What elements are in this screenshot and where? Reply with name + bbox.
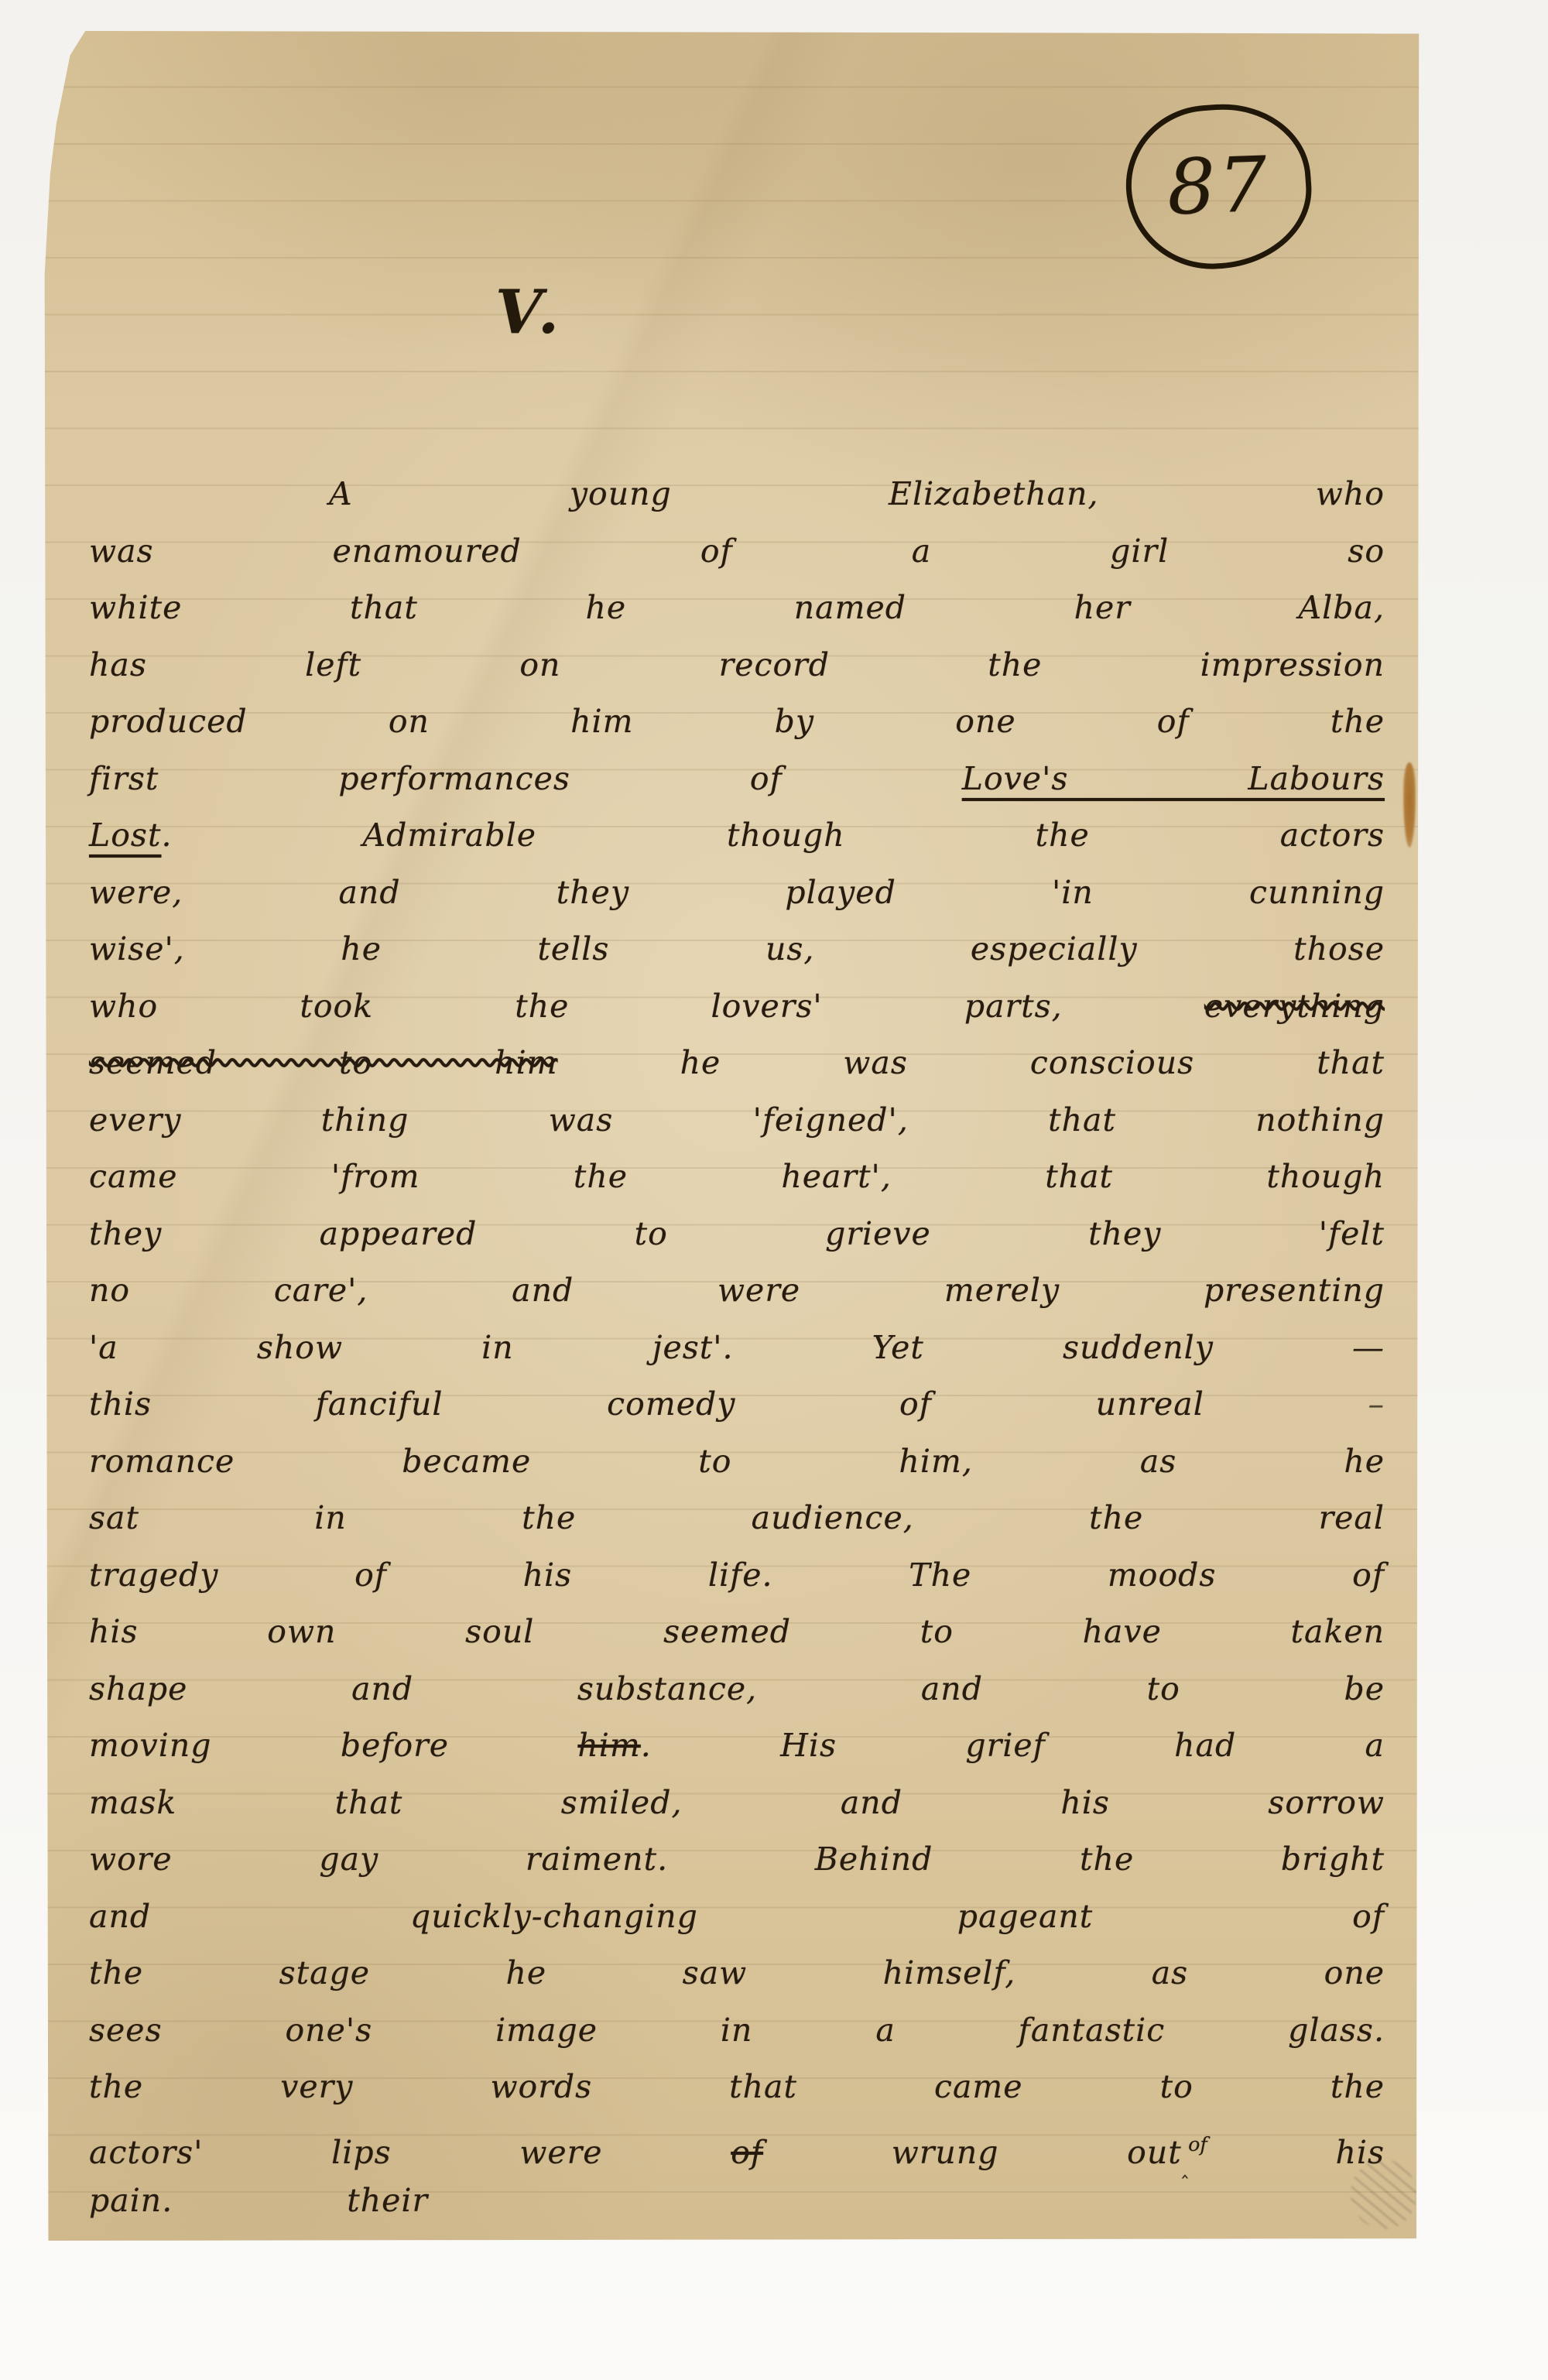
manuscript-line: came 'from the heart', that though [89,1149,1385,1207]
text-segment: has left on record the impression [89,646,1385,683]
manuscript-line: shape and substance, and to be [89,1662,1385,1719]
manuscript-line: sees one's image in a fantastic glass. [89,2003,1385,2060]
text-segment-caret: ‸ [1182,2156,1188,2179]
text-segment: no care', and were merely presenting [89,1272,1385,1309]
scan-backdrop: 87 V. A young Elizabethan, whowas enamou… [0,0,1548,2380]
text-segment-strike: of [731,2134,763,2171]
text-segment: wise', he tells us, especially those [89,930,1385,967]
manuscript-line: this fanciful comedy of unreal – [89,1377,1385,1434]
text-segment: his [1207,2134,1385,2171]
manuscript-line: every thing was 'feigned', that nothing [89,1093,1385,1150]
text-segment: pain. [89,2182,173,2219]
text-segment: tragedy of his life. The moods of [89,1556,1385,1594]
manuscript-line: sat in the audience, the real [89,1491,1385,1548]
text-segment-strike: him [577,1727,640,1764]
manuscript-line: the stage he saw himself, as one [89,1946,1385,2003]
text-segment-gap: their [347,2182,428,2219]
text-segment: . His grief had a [641,1727,1385,1764]
manuscript-line: was enamoured of a girl so [89,524,1385,581]
manuscript-line: romance became to him, as he [89,1434,1385,1491]
manuscript-line: Lost. Admirable though the actors [89,808,1385,865]
manuscript-line: 'a show in jest'. Yet suddenly — [89,1320,1385,1378]
manuscript-line: first performances of Love's Labours [89,752,1385,809]
manuscript-line: wore gay raiment. Behind the bright [89,1832,1385,1889]
text-segment: the stage he saw himself, as one [89,1954,1385,1991]
text-segment: his own soul seemed to have taken [89,1613,1385,1650]
manuscript-line: mask that smiled, and his sorrow [89,1776,1385,1833]
manuscript-line: and quickly-changing pageant of [89,1889,1385,1947]
text-segment: sat in the audience, the real [89,1499,1385,1536]
text-segment-underline: Lost [89,817,161,854]
manuscript-line: they appeared to grieve they 'felt [89,1207,1385,1264]
manuscript-line: the very words that came to the [89,2060,1385,2117]
text-segment-scribble: everything [1204,988,1385,1025]
manuscript-line: white that he named her Alba, [89,580,1385,638]
text-segment: 'a show in jest'. Yet suddenly — [89,1329,1385,1366]
text-segment: first performances of [89,760,962,797]
text-segment: actors' lips were [89,2134,731,2171]
text-segment: and quickly-changing pageant of [89,1898,1385,1935]
chapter-heading: V. [495,277,565,348]
text-segment: sees one's image in a fantastic glass. [89,2012,1385,2049]
manuscript-line: seemed to him he was conscious that [89,1036,1385,1093]
text-segment: this fanciful comedy of unreal [89,1385,1368,1423]
manuscript-line: wise', he tells us, especially those [89,922,1385,979]
text-segment: were, and they played 'in cunning [89,874,1385,911]
text-segment: the very words that came to the [89,2068,1385,2105]
manuscript-page: 87 V. A young Elizabethan, whowas enamou… [43,31,1420,2241]
manuscript-line: pain.their [89,2173,1385,2231]
text-segment: wrung out [763,2134,1182,2171]
text-segment: produced on him by one of the [89,703,1385,740]
text-segment: A young Elizabethan, who [329,475,1385,512]
manuscript-line: who took the lovers' parts, everything [89,979,1385,1036]
manuscript-line: his own soul seemed to have taken [89,1604,1385,1662]
text-segment: he was conscious that [558,1044,1385,1081]
text-segment: . Admirable though the actors [161,817,1385,854]
manuscript-line: were, and they played 'in cunning [89,865,1385,923]
manuscript-line: tragedy of his life. The moods of [89,1548,1385,1605]
manuscript-lines: A young Elizabethan, whowas enamoured of… [89,467,1385,2231]
ink-stain [1403,762,1416,848]
page-number: 87 [1166,141,1272,233]
manuscript-line: moving before him. His grief had a [89,1718,1385,1776]
text-segment: white that he named her Alba, [89,589,1385,626]
text-segment: mask that smiled, and his sorrow [89,1784,1385,1821]
manuscript-line: actors' lips were of wrung out‸of his [89,2117,1385,2174]
text-segment: romance became to him, as he [89,1443,1385,1480]
text-segment-underline: Love's Labours [962,760,1385,797]
page-number-circle: 87 [1121,98,1317,275]
text-segment: moving before [89,1727,577,1764]
text-segment: they appeared to grieve they 'felt [89,1215,1385,1252]
text-segment-insert: of [1188,2132,1207,2156]
manuscript-line: A young Elizabethan, who [89,467,1385,524]
text-segment-scribble: seemed to him [89,1044,558,1081]
text-segment-faint: – [1368,1385,1385,1423]
text-segment: who took the lovers' parts, [89,988,1204,1025]
manuscript-line: has left on record the impression [89,638,1385,695]
text-segment: was enamoured of a girl so [89,533,1385,570]
text-segment: wore gay raiment. Behind the bright [89,1841,1385,1878]
text-segment: came 'from the heart', that though [89,1158,1385,1195]
manuscript-line: produced on him by one of the [89,694,1385,752]
manuscript-line: no care', and were merely presenting [89,1263,1385,1320]
text-segment: every thing was 'feigned', that nothing [89,1101,1385,1139]
text-segment: shape and substance, and to be [89,1670,1385,1707]
